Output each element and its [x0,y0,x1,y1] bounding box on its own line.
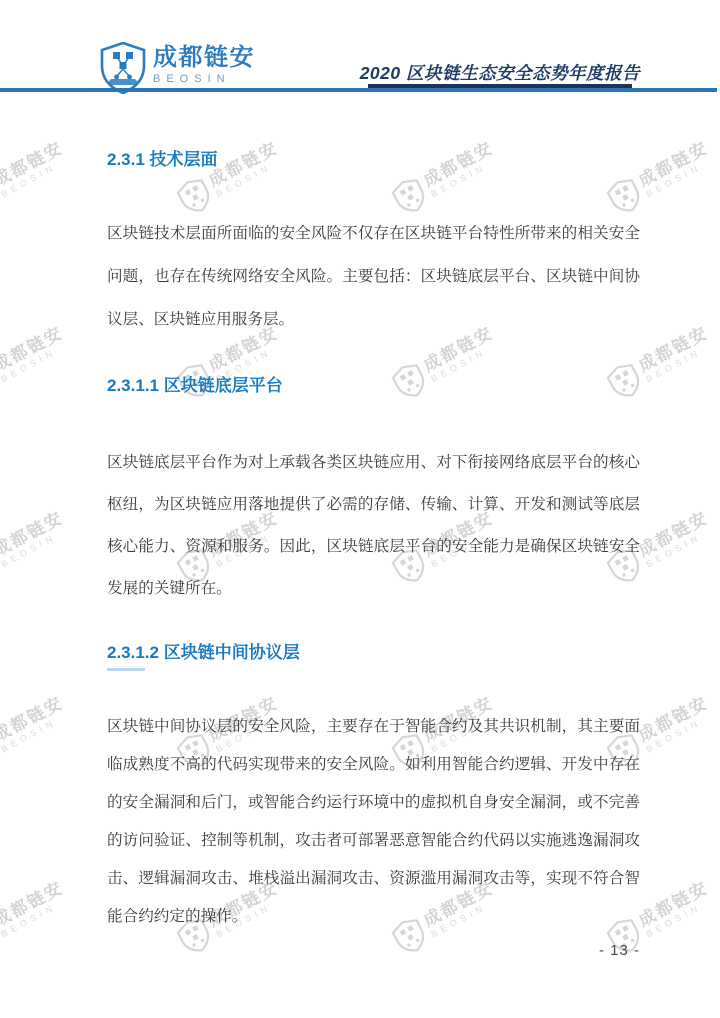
beosin-shield-logo-icon [100,42,146,94]
logo-text: 成都链安 BEOSIN [153,45,255,85]
report-title: 2020 区块链生态安全态势年度报告 [360,60,640,85]
logo-brand-name: BEOSIN [153,73,255,85]
page-header: 成都链安 BEOSIN 2020 区块链生态安全态势年度报告 成都链安 BEOS… [0,0,720,1018]
logo-company-name: 成都链安 [153,45,255,70]
logo-reflection: 成都链安 BEOSIN [100,94,290,116]
header-rule-blue [0,88,717,92]
document-page: 成都链安BEOSIN成都链安BEOSIN成都链安BEOSIN成都链安BEOSIN… [0,0,720,1018]
header-rule-navy-segment [368,84,632,88]
